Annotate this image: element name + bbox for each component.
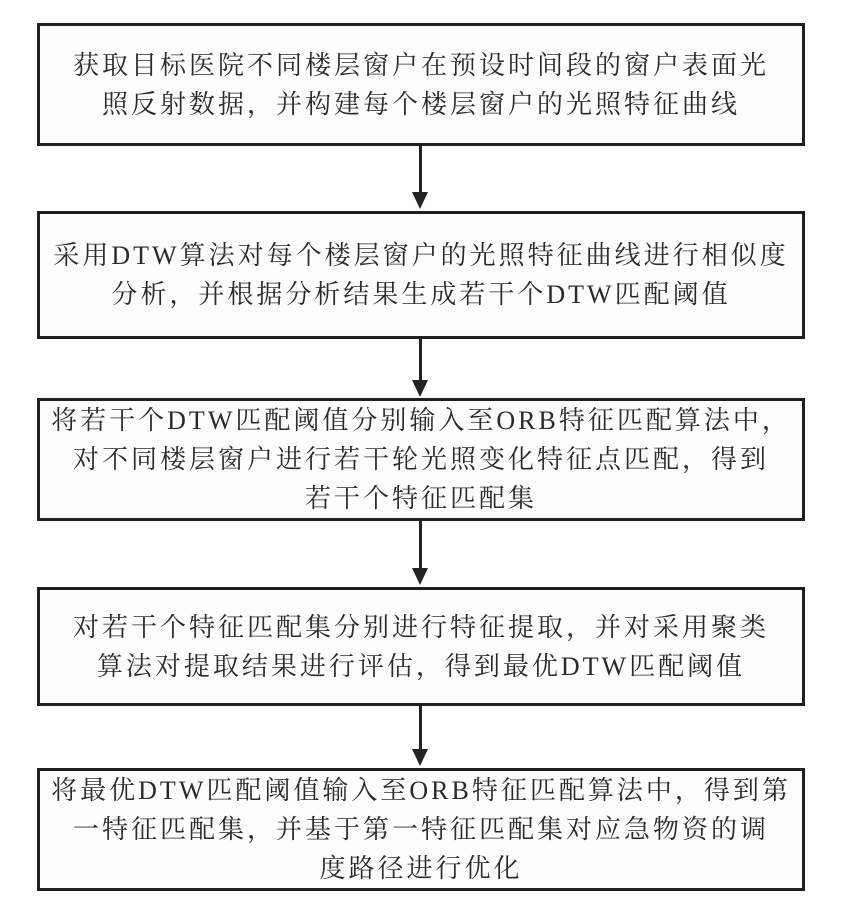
flow-step-5-text-line: 一特征匹配集，并基于第一特征匹配集对应急物资的调 <box>73 810 769 849</box>
flow-step-4-text-line: 算法对提取结果进行评估，得到最优DTW匹配阈值 <box>97 647 745 686</box>
arrow-stem <box>419 146 422 192</box>
arrow-head <box>412 749 428 766</box>
flow-step-1-text-line: 获取目标医院不同楼层窗户在预设时间段的窗户表面光 <box>73 46 769 85</box>
flow-step-4-box: 对若干个特征匹配集分别进行特征提取，并对采用聚类 算法对提取结果进行评估，得到最… <box>37 587 805 706</box>
flow-step-2-box: 采用DTW算法对每个楼层窗户的光照特征曲线进行相似度 分析，并根据分析结果生成若… <box>37 211 805 339</box>
flow-step-1-text-line: 照反射数据，并构建每个楼层窗户的光照特征曲线 <box>102 85 740 124</box>
flow-step-2-text-line: 采用DTW算法对每个楼层窗户的光照特征曲线进行相似度 <box>53 236 788 275</box>
flow-step-3-text-line: 若干个特征匹配集 <box>305 479 537 518</box>
patent-flowchart: 获取目标医院不同楼层窗户在预设时间段的窗户表面光 照反射数据，并构建每个楼层窗户… <box>0 0 843 921</box>
arrow-stem <box>419 518 422 568</box>
flow-step-3-text-line: 将若干个DTW匹配阈值分别输入至ORB特征匹配算法中， <box>51 401 791 440</box>
flow-step-3-box: 将若干个DTW匹配阈值分别输入至ORB特征匹配算法中， 对不同楼层窗户进行若干轮… <box>37 398 805 521</box>
arrow-down-icon <box>409 518 431 585</box>
arrow-down-icon <box>409 706 431 766</box>
arrow-down-icon <box>409 339 431 397</box>
arrow-head <box>412 380 428 397</box>
arrow-stem <box>419 706 422 749</box>
flow-step-1-box: 获取目标医院不同楼层窗户在预设时间段的窗户表面光 照反射数据，并构建每个楼层窗户… <box>37 23 805 146</box>
flow-step-5-text-line: 将最优DTW匹配阈值输入至ORB特征匹配算法中，得到第 <box>51 771 791 810</box>
arrow-stem <box>419 339 422 380</box>
arrow-down-icon <box>409 146 431 209</box>
flow-step-2-text-line: 分析，并根据分析结果生成若干个DTW匹配阈值 <box>111 275 730 314</box>
flow-step-5-box: 将最优DTW匹配阈值输入至ORB特征匹配算法中，得到第 一特征匹配集，并基于第一… <box>37 768 805 891</box>
flow-step-5-text-line: 度路径进行优化 <box>319 849 522 888</box>
arrow-head <box>412 192 428 209</box>
arrow-head <box>412 568 428 585</box>
flow-step-3-text-line: 对不同楼层窗户进行若干轮光照变化特征点匹配，得到 <box>73 440 769 479</box>
flow-step-4-text-line: 对若干个特征匹配集分别进行特征提取，并对采用聚类 <box>73 608 769 647</box>
